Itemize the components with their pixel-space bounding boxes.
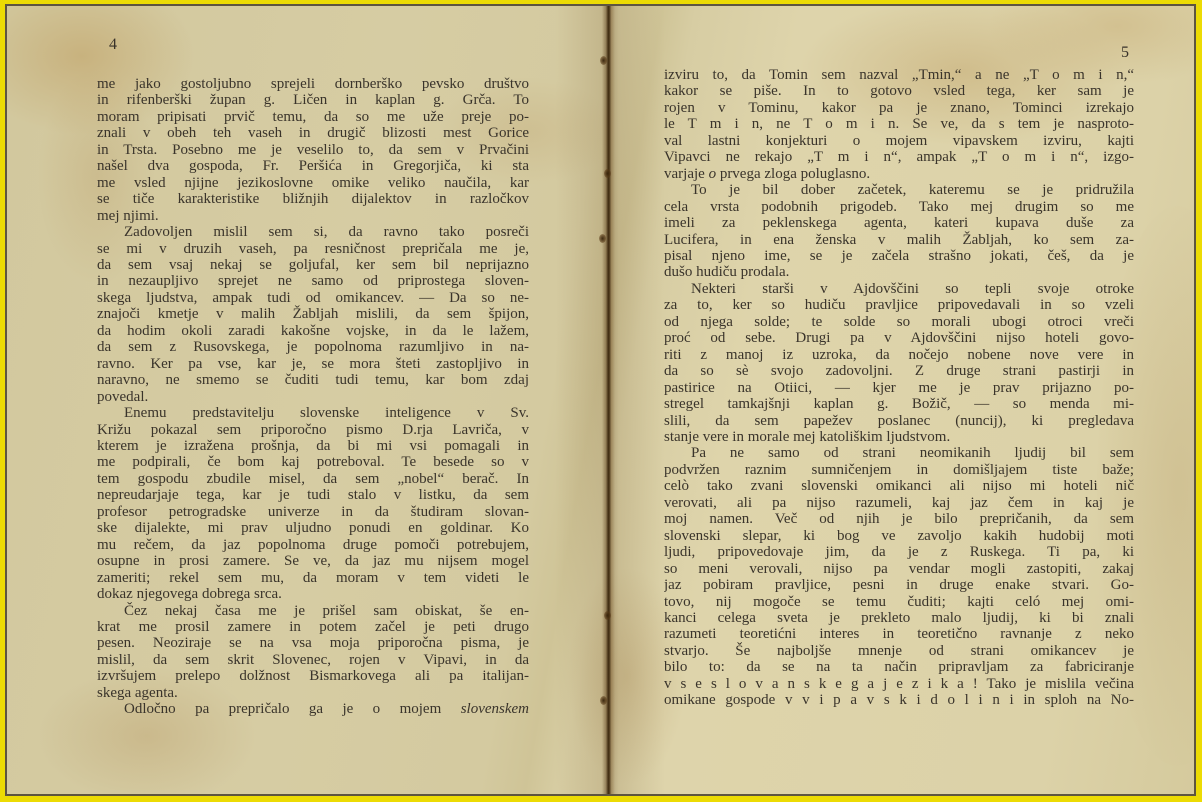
text-line: Zadovoljen mislil sem si, da ravno tako … bbox=[97, 224, 529, 240]
text-line: naravno, ne smemo se čuditi tudi temu, k… bbox=[97, 372, 529, 388]
text-line: slovenski slepar, ki bog ve zavoljo kaki… bbox=[664, 528, 1134, 544]
text-line: bilo to: da se na ta način pripravljam z… bbox=[664, 659, 1134, 675]
text-line: le T m i n, ne T o m i n. Se ve, da s te… bbox=[664, 116, 1134, 132]
text-line: kterem je izražena prošnja, da bi mi vsi… bbox=[97, 438, 529, 454]
text-line: To je bil dober začetek, kateremu se je … bbox=[664, 182, 1134, 198]
text-line: za to, ker so hudiču pravljice pripoveda… bbox=[664, 297, 1134, 313]
paragraph: me jako gostoljubno sprejeli dornberško … bbox=[97, 76, 529, 224]
text-line: da sem z Rusovskega, je popolnoma razuml… bbox=[97, 339, 529, 355]
book-gutter bbox=[602, 6, 615, 794]
text-line: riti z manoj iz uzroka, da nočejo nobene… bbox=[664, 347, 1134, 363]
binding-stitch bbox=[604, 169, 611, 178]
text-line: dušo hudiču prodala. bbox=[664, 264, 1134, 280]
text-line: rojen v Tominu, kakor pa je znano, Tomin… bbox=[664, 100, 1134, 116]
text-line: od njega solde; te solde so morali ubogi… bbox=[664, 314, 1134, 330]
text-line: znajoči kmetje v malih Žabljah mislili, … bbox=[97, 306, 529, 322]
text-line: celò tako zvani slovenski omikanci ali n… bbox=[664, 478, 1134, 494]
text-line: verovati, ali pa nijso razumeli, kaj jaz… bbox=[664, 495, 1134, 511]
text-line: mu rečem, da jaz popolnoma druge pomoči … bbox=[97, 537, 529, 553]
text-line: zameriti; rekel sem mu, da moram v tem v… bbox=[97, 570, 529, 586]
page-number-right: 5 bbox=[1121, 44, 1130, 62]
text-line: in nezaupljivo sprejet ne samo od pripro… bbox=[97, 273, 529, 289]
text-line: krat me prosil zamere in potem začel je … bbox=[97, 619, 529, 635]
text-line: me podpirali, če bom kaj potreboval. Te … bbox=[97, 454, 529, 470]
text-line: izviru to, da Tomin sem nazval „Tmin,“ a… bbox=[664, 67, 1134, 83]
text-line: razumeti teoretićni interes in teoretičn… bbox=[664, 626, 1134, 642]
binding-stitch bbox=[600, 696, 607, 705]
text-line: v s e s l o v a n s k e g a j e z i k a … bbox=[664, 676, 1134, 692]
text-line: ravno. Ker pa vse, kar je, se mora šteti… bbox=[97, 356, 529, 372]
text-line: našel dva gospoda, Fr. Peršića in Gregor… bbox=[97, 158, 529, 174]
text-line: da sem vsaj nekaj se goljufal, ker sem b… bbox=[97, 257, 529, 273]
text-line: pastirice na Otiici, — kjer me je prav p… bbox=[664, 380, 1134, 396]
text-line: in Trsta. Posebno me je veselilo to, da … bbox=[97, 142, 529, 158]
text-line: Odločno pa prepričalo ga je o mojem slov… bbox=[97, 701, 529, 717]
text-line: Lucifera, in ena ženska v malih Žabljah,… bbox=[664, 232, 1134, 248]
text-line: znali v obeh teh vaseh in drugič blizost… bbox=[97, 125, 529, 141]
paragraph: Nekteri starši v Ajdovščini so tepli svo… bbox=[664, 281, 1134, 446]
text-line: da hodim okoli zaradi kakošne vojske, in… bbox=[97, 323, 529, 339]
text-line: ljudi, pripovedovaje jim, da je z Ruskeg… bbox=[664, 544, 1134, 560]
text-line: Vipavci ne rekajo „T m i n“, ampak „T o … bbox=[664, 149, 1134, 165]
text-line: val lastni konjekturi o mojem vipavskem … bbox=[664, 133, 1134, 149]
text-line: stanje vere in morale mej katoliškim lju… bbox=[664, 429, 1134, 445]
text-line: tem gospodu zbudile misel, da sem „nobel… bbox=[97, 471, 529, 487]
binding-stitch bbox=[599, 234, 606, 243]
paragraph: Čez nekaj časa me je prišel sam obiskat,… bbox=[97, 603, 529, 702]
text-line: stvarjo. Še najboljše mnenje od strani o… bbox=[664, 643, 1134, 659]
binding-stitch bbox=[600, 56, 607, 65]
text-line: omikane gospode v v i p a v s k i d o l … bbox=[664, 692, 1134, 708]
text-line: Križu pokazal sem priporočno pismo D.rja… bbox=[97, 422, 529, 438]
text-line: da so sè svojo zadovoljni. Z druge stran… bbox=[664, 363, 1134, 379]
text-line: kakor se piše. In to gotovo vsled tega, … bbox=[664, 83, 1134, 99]
text-line: dokaz njegovega dobrega srca. bbox=[97, 586, 529, 602]
page-number-left: 4 bbox=[109, 36, 118, 54]
text-line: Enemu predstavitelju slovenske inteligen… bbox=[97, 405, 529, 421]
text-line: Pa ne samo od strani neomikanih ljudij b… bbox=[664, 445, 1134, 461]
text-line: kanci celega sveta je prekleto malo ljud… bbox=[664, 610, 1134, 626]
text-line: ske dijalekte, mi prav uljudno ponudi en… bbox=[97, 520, 529, 536]
text-line: Čez nekaj časa me je prišel sam obiskat,… bbox=[97, 603, 529, 619]
text-line: se mi v druzih vaseh, pa resničnost prep… bbox=[97, 241, 529, 257]
text-line: skega agenta. bbox=[97, 685, 529, 701]
text-line: moram pripisati prvič temu, da so me uže… bbox=[97, 109, 529, 125]
text-line: so meni verovali, nijso pa vendar mogli … bbox=[664, 561, 1134, 577]
text-line: skega ljudstva, ampak tudi od omikancev.… bbox=[97, 290, 529, 306]
text-line: podvržen raznim sumničenjem in domišljaj… bbox=[664, 462, 1134, 478]
text-line: stregel tamkajšnji kaplan g. Božič, — so… bbox=[664, 396, 1134, 412]
text-line: me vsled njijne jezikoslovne omike velik… bbox=[97, 175, 529, 191]
text-line: Nekteri starši v Ajdovščini so tepli svo… bbox=[664, 281, 1134, 297]
paragraph: To je bil dober začetek, kateremu se je … bbox=[664, 182, 1134, 281]
paragraph: Pa ne samo od strani neomikanih ljudij b… bbox=[664, 445, 1134, 708]
text-line: mej njimi. bbox=[97, 208, 529, 224]
paragraph: Odločno pa prepričalo ga je o mojem slov… bbox=[97, 701, 529, 717]
book-page-spread: 4 5 me jako gostoljubno sprejeli dornber… bbox=[5, 4, 1196, 796]
text-line: mislil, da sem skrit Slovenec, rojen v V… bbox=[97, 652, 529, 668]
paragraph: Enemu predstavitelju slovenske inteligen… bbox=[97, 405, 529, 602]
page-text-left: me jako gostoljubno sprejeli dornberško … bbox=[97, 76, 529, 726]
text-line: povedal. bbox=[97, 389, 529, 405]
text-line: pisal njeno ime, se je začela strašno jo… bbox=[664, 248, 1134, 264]
text-line: proć od sebe. Drugi pa v Ajdovščini nijs… bbox=[664, 330, 1134, 346]
text-line: cela vrsta podobnih prigodeb. Tako mej d… bbox=[664, 199, 1134, 215]
book-scan: 4 5 me jako gostoljubno sprejeli dornber… bbox=[0, 0, 1202, 802]
text-line: profesor petrogradske univerze in da štu… bbox=[97, 504, 529, 520]
text-line: in rifenberški župan g. Ličen in kaplan … bbox=[97, 92, 529, 108]
text-line: jaz pobiram pravljice, pesni in druge en… bbox=[664, 577, 1134, 593]
page-text-right: izviru to, da Tomin sem nazval „Tmin,“ a… bbox=[664, 67, 1134, 722]
text-line: izvršujem prelepo dolžnost Bismarkovega … bbox=[97, 668, 529, 684]
text-line: nepreudarjaje tega, kar je tudi stalo v … bbox=[97, 487, 529, 503]
text-line: me jako gostoljubno sprejeli dornberško … bbox=[97, 76, 529, 92]
text-line: tovo, nij mogoče se temu čuditi; kajti c… bbox=[664, 594, 1134, 610]
text-line: se tiče karakteristike bližnjih dijalekt… bbox=[97, 191, 529, 207]
text-line: pesen. Neoziraje se na vsa moja priporoč… bbox=[97, 635, 529, 651]
paragraph: izviru to, da Tomin sem nazval „Tmin,“ a… bbox=[664, 67, 1134, 182]
text-line: varjaje o prvega zloga poluglasno. bbox=[664, 166, 1134, 182]
paragraph: Zadovoljen mislil sem si, da ravno tako … bbox=[97, 224, 529, 405]
text-line: osupne in prosi zamere. Se ve, da jaz mu… bbox=[97, 553, 529, 569]
text-line: slili, da sem papežev poslanec (nuncij),… bbox=[664, 413, 1134, 429]
text-line: moj namen. Več od njih je bilo prepričan… bbox=[664, 511, 1134, 527]
binding-stitch bbox=[604, 611, 611, 620]
text-line: imeli za peklenskega agenta, kateri kupa… bbox=[664, 215, 1134, 231]
